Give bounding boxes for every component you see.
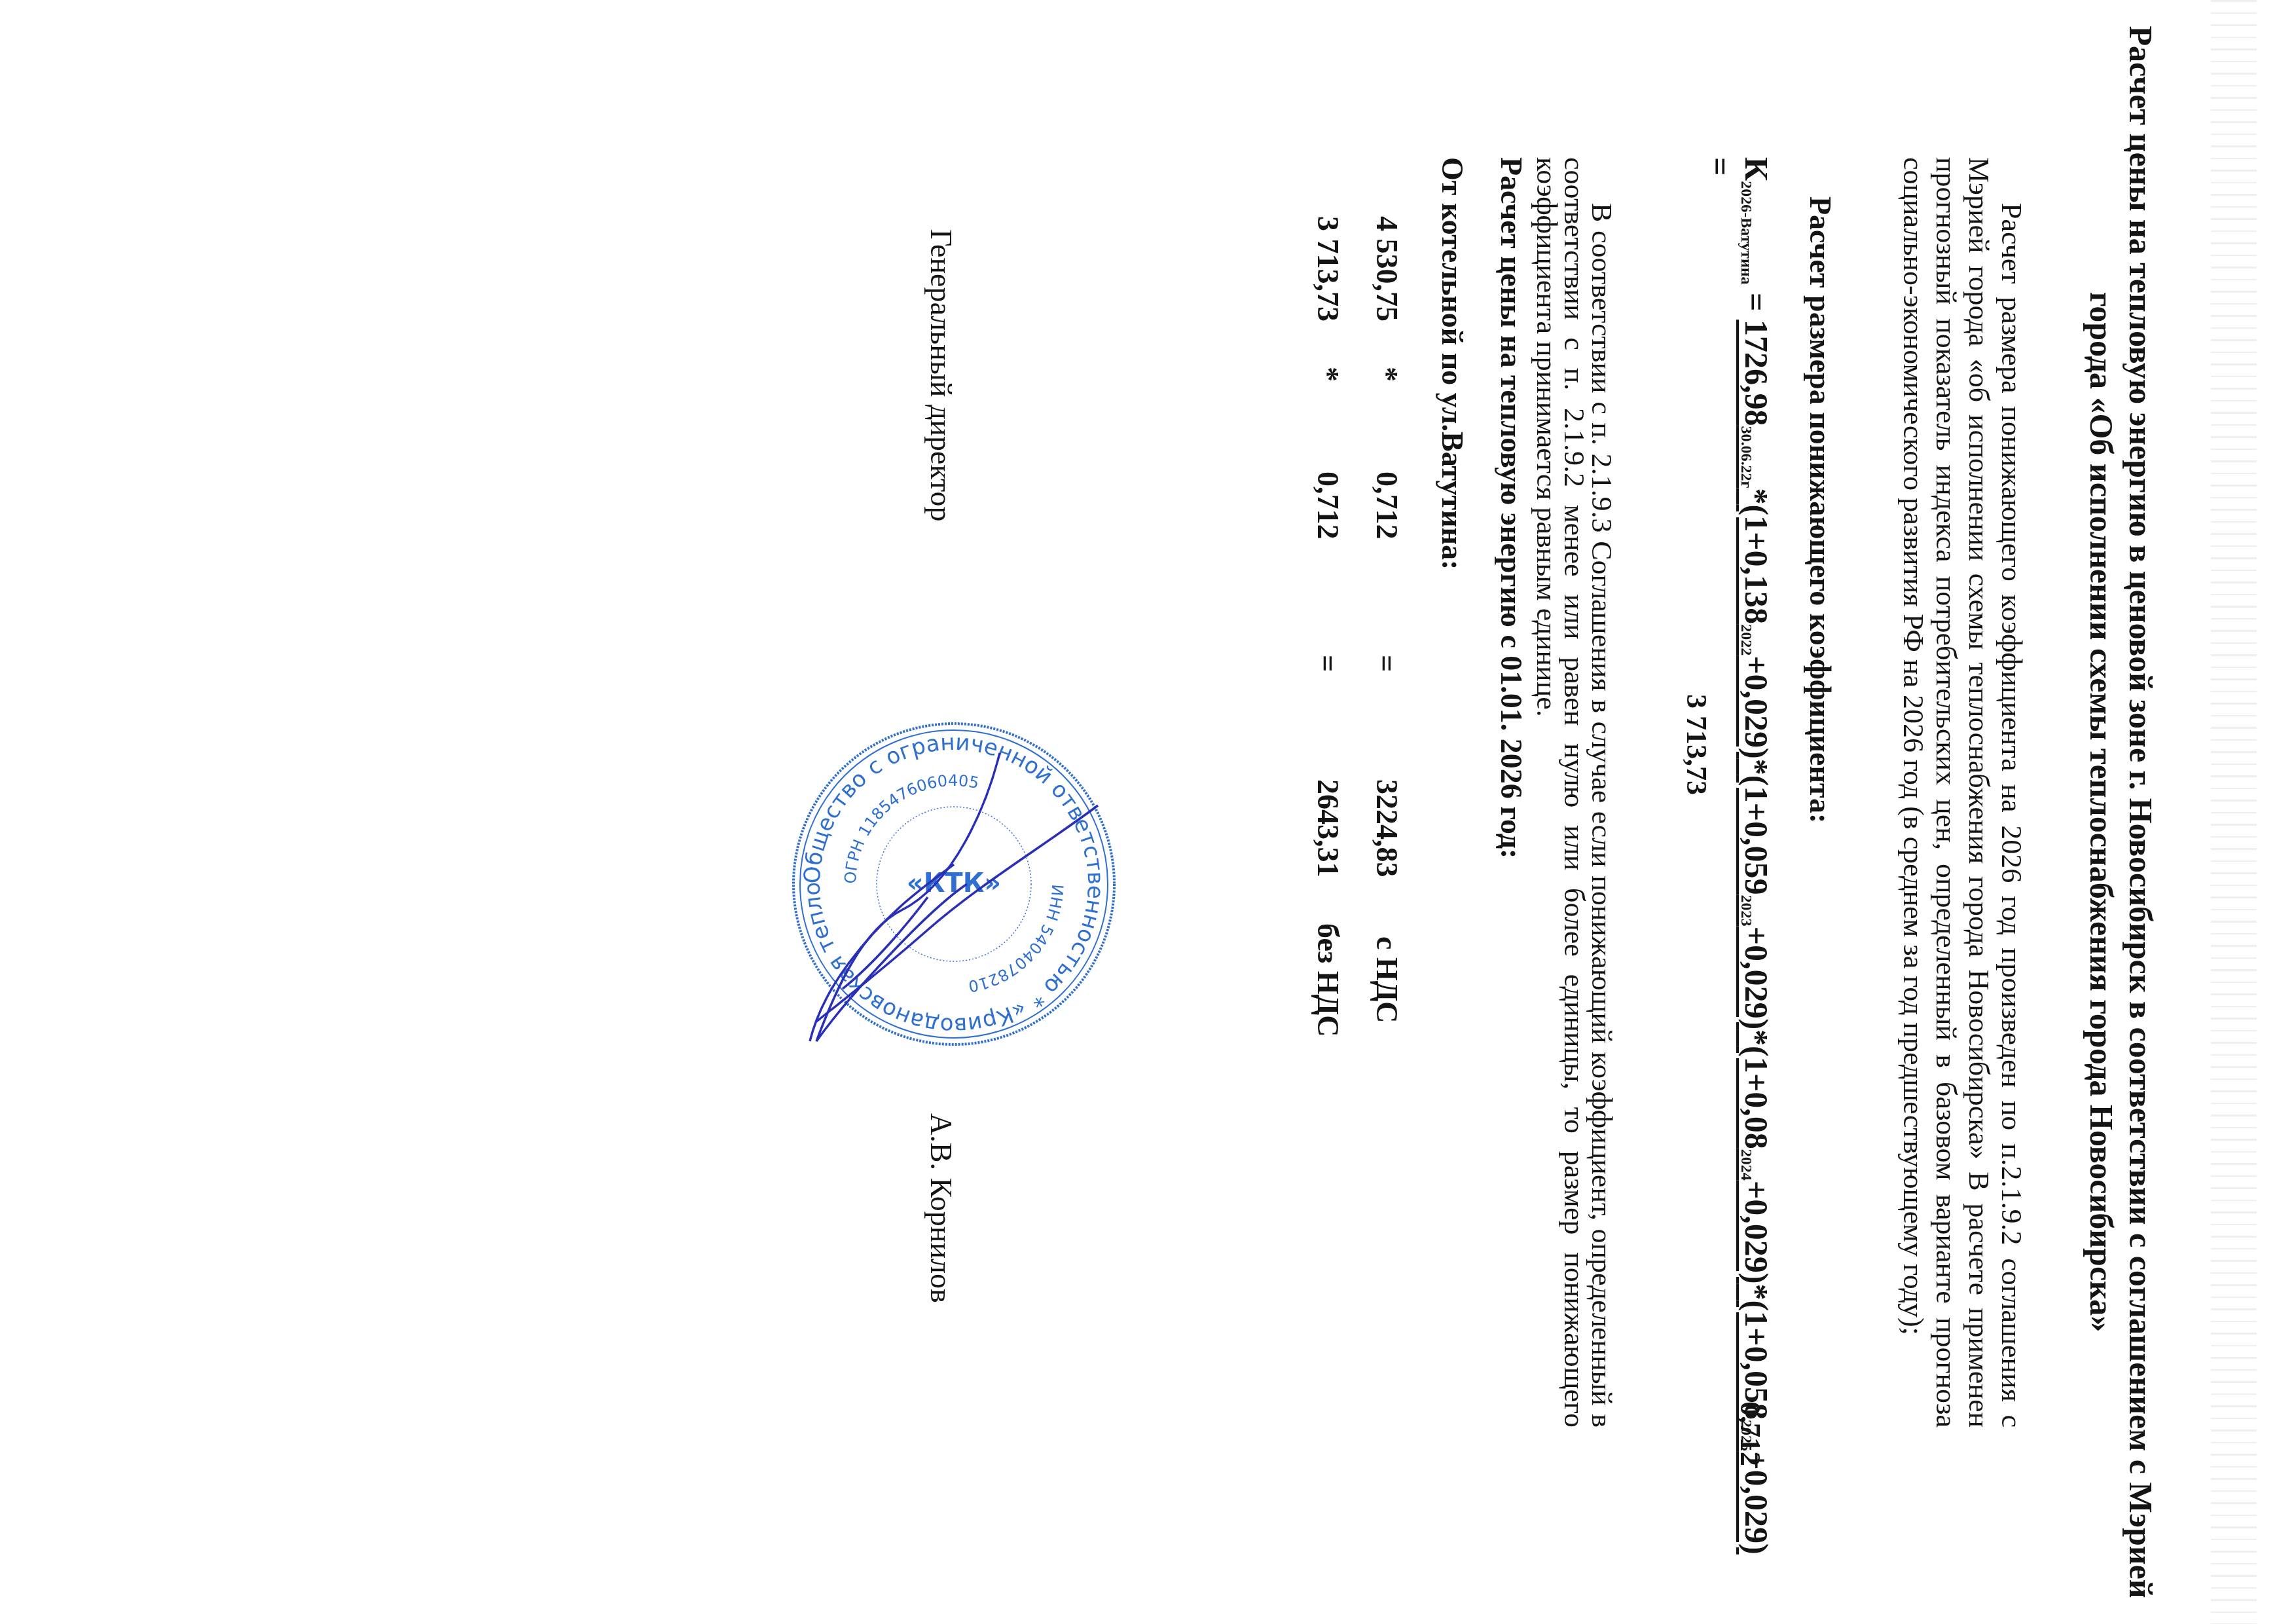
scan-noise-strip [2211,0,2257,1624]
row-vat-note: без НДС [1311,923,1345,1037]
paragraph-coefficient-rule: В соответствии с п. 2.1.9.3 Соглашения в… [1533,157,1615,1428]
row-equals: = [1311,655,1345,672]
row-coefficient: 0,712 [1370,471,1404,540]
coefficient-formula: К2026-Ватутина = 1726,9830.06.22г*(1+0,1… [1737,157,1776,1555]
row-operator: * [1370,367,1404,382]
source-heading: От котельной по ул.Ватутина: [1435,157,1470,570]
document-title-line-2: города «Об исполнении схемы теплоснабжен… [2083,0,2121,1624]
row-base-value: 3 713,73 [1311,216,1345,322]
coefficient-heading: Расчет размера понижающего коэффициента: [1803,196,1838,823]
row-equals: = [1370,655,1404,672]
row-result: 2643,31 [1311,779,1345,877]
formula-result: 0,712 [1734,1401,1767,1466]
price-heading: Расчет цены на тепловую энергию с 01.01.… [1494,157,1529,858]
formula-lhs: К2026-Ватутина = [1738,157,1775,320]
row-coefficient: 0,712 [1311,471,1345,540]
row-vat-note: с НДС [1370,936,1404,1024]
row-operator: * [1311,367,1345,382]
formula-denominator: 3 713,73 [1680,694,1713,795]
formula-equals: = [1702,157,1740,176]
formula-numerator: 1726,9830.06.22г*(1+0,1382022+0,029)*(1+… [1738,320,1775,1555]
document-title-line-1: Расчет цены на тепловую энергию в ценово… [2122,0,2160,1624]
row-result: 3224,83 [1370,779,1404,877]
signature-position: Генеральный директор [924,229,958,522]
row-base-value: 4 530,75 [1370,216,1404,322]
signature-name: А.В. Корнилов [924,1113,958,1303]
paragraph-coefficient-basis: Расчет размера понижающего коэффициента … [1897,157,2028,1428]
company-stamp: Общество с ограниченной ответственностью… [784,714,1124,1054]
document-page: Расчет цены на тепловую энергию в ценово… [0,0,2296,1624]
